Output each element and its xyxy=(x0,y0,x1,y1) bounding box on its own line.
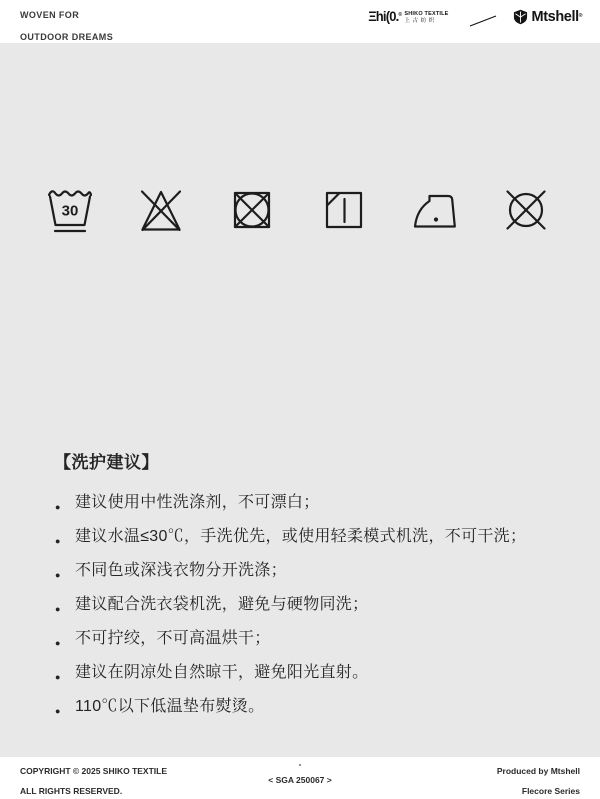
care-label-panel: 30 xyxy=(0,43,600,757)
care-instruction-item: 建议使用中性洗涤剂，不可漂白； xyxy=(54,494,526,512)
care-instruction-item: 不同色或深浅衣物分开洗涤； xyxy=(54,562,526,580)
shiko-name-cn: 上古纺织 xyxy=(404,18,448,25)
tagline-line1: WOVEN FOR xyxy=(20,10,79,20)
care-instruction-item: 110℃以下低温垫布熨烫。 xyxy=(54,698,526,716)
do-not-bleach-icon xyxy=(135,184,187,236)
header-tagline: WOVEN FOR OUTDOOR DREAMS xyxy=(20,10,113,43)
care-instruction-item: 不可拧绞，不可高温烘干； xyxy=(54,630,526,648)
care-instruction-item: 建议水温≤30℃，手洗优先，或使用轻柔模式机洗，不可干洗； xyxy=(54,528,526,546)
care-instruction-item: 建议配合洗衣袋机洗，避免与硬物同洗； xyxy=(54,596,526,614)
shiko-subtext: SHIKO TEXTILE 上古纺织 xyxy=(404,10,448,24)
registered-mark-icon: ® xyxy=(398,12,401,18)
shiko-name-en: SHIKO TEXTILE xyxy=(404,11,448,18)
wash-temp-label: 30 xyxy=(62,203,79,220)
registered-mark-icon: ® xyxy=(579,13,582,19)
shiko-brand-lockup: Ξhi(0.® SHIKO TEXTILE 上古纺织 xyxy=(368,10,448,24)
care-symbols-row: 30 xyxy=(44,184,552,236)
care-instruction-item: 建议在阴凉处自然晾干，避免阳光直射。 xyxy=(54,664,526,682)
shiko-wordmark: Ξhi(0.® xyxy=(368,10,401,24)
mtshell-shield-icon xyxy=(513,9,528,25)
do-not-dry-clean-icon xyxy=(500,184,552,236)
footer-produced-by: Produced by Mtshell Flecore Series xyxy=(497,766,580,796)
mtshell-wordmark: Mtshell® xyxy=(532,9,582,25)
header-logos: Ξhi(0.® SHIKO TEXTILE 上古纺织 Mtshell® xyxy=(368,10,582,32)
care-instructions-list: 建议使用中性洗涤剂，不可漂白； 建议水温≤30℃，手洗优先，或使用轻柔模式机洗，… xyxy=(54,494,526,716)
mtshell-brand-lockup: Mtshell® xyxy=(513,9,582,25)
line-dry-in-shade-icon xyxy=(318,184,370,236)
wash-30-icon: 30 xyxy=(44,184,96,236)
tagline-line2: OUTDOOR DREAMS xyxy=(20,32,113,42)
do-not-tumble-dry-icon xyxy=(226,184,278,236)
care-instructions-title: 【洗护建议】 xyxy=(54,448,526,473)
iron-low-heat-icon xyxy=(409,184,461,236)
care-instructions-section: 【洗护建议】 建议使用中性洗涤剂，不可漂白； 建议水温≤30℃，手洗优先，或使用… xyxy=(54,448,526,732)
divider-slash-icon xyxy=(469,14,497,32)
